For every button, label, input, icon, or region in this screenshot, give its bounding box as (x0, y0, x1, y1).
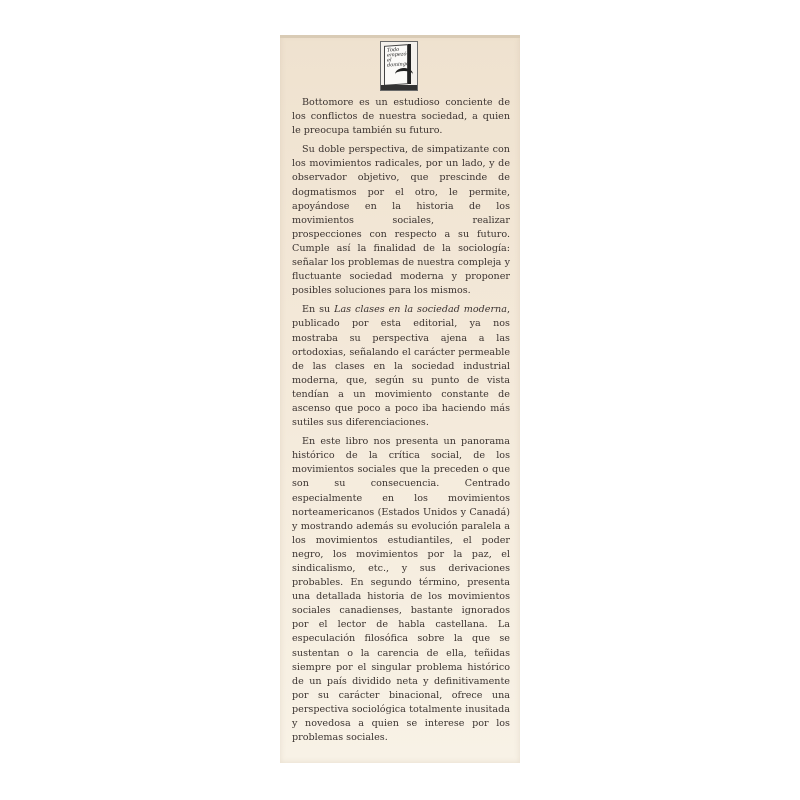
book-emblem-icon: Todo empezó el domingo (380, 41, 418, 91)
book-title-italic: Las clases en la sociedad moderna (334, 304, 507, 315)
emblem-hand (395, 68, 413, 81)
paragraph-3-after: , publicado por esta editorial, ya nos m… (292, 304, 510, 428)
paragraph-3: En su Las clases en la sociedad moderna,… (292, 303, 510, 430)
book-flap-page: Todo empezó el domingo Bottomore es un e… (280, 35, 520, 763)
blurb-text: Bottomore es un estudioso conciente de l… (292, 96, 510, 750)
paragraph-2: Su doble perspectiva, de simpatizante co… (292, 143, 510, 298)
paragraph-1: Bottomore es un estudioso conciente de l… (292, 96, 510, 138)
paragraph-3-before: En su (302, 304, 334, 315)
paragraph-4: En este libro nos presenta un panorama h… (292, 435, 510, 745)
emblem-base (381, 85, 417, 90)
emblem-label: Todo empezó el domingo (385, 45, 407, 69)
